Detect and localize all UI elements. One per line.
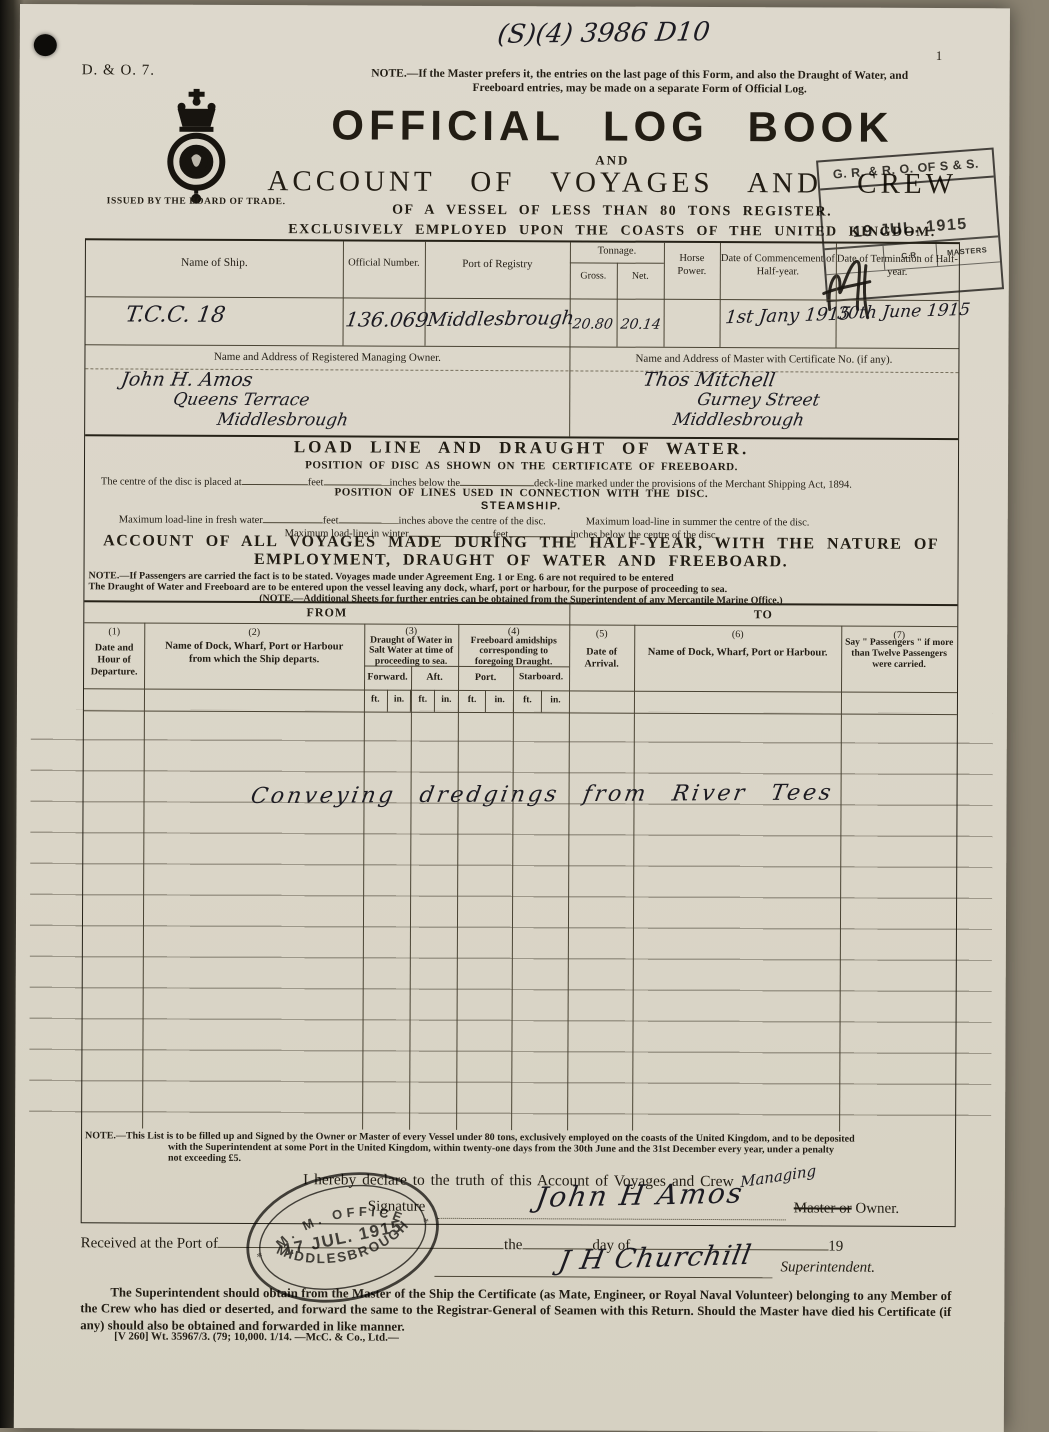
grid-line: [839, 626, 842, 1132]
to-band-label: TO: [569, 606, 957, 623]
col6-label: Name of Dock, Wharf, Port or Harbour.: [644, 647, 831, 660]
fill-blank: [339, 511, 399, 523]
load-line-section: LOAD LINE AND DRAUGHT OF WATER. POSITION…: [85, 436, 958, 536]
deposit-note-line2: with the Superintendent at some Port in …: [168, 1142, 834, 1156]
load-line-title: LOAD LINE AND DRAUGHT OF WATER.: [85, 436, 958, 460]
header-master: Name and Address of Master with Certific…: [569, 352, 958, 366]
header-port-of-registry: Port of Registry: [425, 258, 570, 271]
grid-line: [142, 623, 145, 1129]
superintendent-line: [434, 1276, 772, 1278]
board-of-trade-crest-icon: [151, 89, 242, 207]
deposit-note-line3: not exceeding £5.: [168, 1153, 241, 1164]
handwritten-reference: (S)(4) 3986 D10: [496, 17, 712, 50]
unit-in-label: in.: [541, 690, 569, 712]
fill-blank: [242, 473, 308, 485]
forward-label: Forward.: [364, 672, 411, 683]
account-title-line2: EMPLOYMENT, DRAUGHT OF WATER AND FREEBOA…: [85, 550, 958, 572]
received-prefix: Received at the Port of: [81, 1235, 219, 1252]
owner-address-line: Queens Terrace: [172, 390, 311, 411]
owner-word: Owner.: [855, 1201, 899, 1217]
value-termination: 30th June 1915: [836, 300, 971, 324]
col7-label: Say " Passengers " if more than Twelve P…: [844, 638, 954, 671]
unit-in-label: in.: [485, 690, 513, 712]
page-number: 1: [936, 48, 943, 64]
col5-number: (5): [569, 628, 634, 639]
office-stamp-star: *: [422, 1215, 431, 1230]
signature-line: [438, 1218, 786, 1221]
grid-line: [86, 344, 959, 349]
header-name-of-ship: Name of Ship.: [86, 256, 343, 269]
master-name-line: Thos Mitchell: [642, 369, 777, 392]
master-or-struck: Master or: [794, 1200, 852, 1216]
col3-label: Draught of Water in Salt Water at time o…: [366, 636, 456, 668]
note-line-1: NOTE.—If the Master prefers it, the entr…: [320, 67, 960, 84]
grid-line: [409, 666, 412, 1130]
grid-line: [632, 625, 635, 1131]
fresh-prefix: Maximum load-line in fresh water: [119, 514, 263, 526]
header-net: Net.: [617, 271, 664, 282]
grid-line: [567, 604, 570, 1130]
header-managing-owner: Name and Address of Registered Managing …: [85, 350, 569, 364]
scanned-page-scene: D. & O. 7. 1 (S)(4) 3986 D10 NOTE.—If th…: [0, 0, 1049, 1428]
unit-in-label: in.: [387, 690, 411, 712]
value-commencement: 1st Jany 1915: [724, 303, 852, 328]
header-gross: Gross.: [570, 270, 617, 281]
unit-in-label: in.: [434, 690, 458, 712]
received-row: Received at the Port oftheday of19: [81, 1232, 954, 1256]
fill-blank: [263, 511, 323, 523]
header-horse-power: Horse Power.: [664, 253, 720, 278]
voyage-table: FROM TO (1) (2) (3) (4) (5) (6) (7) Date…: [82, 600, 957, 1132]
superintendent-label: Superintendent.: [780, 1259, 875, 1276]
master-preference-note: NOTE.—If the Master prefers it, the entr…: [320, 67, 960, 97]
unit-ft-label: ft.: [458, 690, 486, 712]
received-year: 19: [828, 1239, 843, 1255]
fill-blank: [460, 474, 534, 486]
punch-hole: [34, 34, 57, 56]
document-page: D. & O. 7. 1 (S)(4) 3986 D10 NOTE.—If th…: [14, 4, 1010, 1428]
form-box: Name of Ship. Official Number. Port of R…: [81, 238, 960, 1227]
form-code: D. & O. 7.: [82, 62, 155, 79]
grid-line: [511, 666, 514, 1130]
starboard-label: Starboard.: [513, 672, 569, 682]
grid-line: [570, 262, 664, 263]
account-heading-section: ACCOUNT OF ALL VOYAGES MADE DURING THE H…: [84, 532, 957, 604]
header-official-number: Official Number.: [343, 257, 425, 268]
office-stamp-star: *: [255, 1249, 264, 1264]
value-gross-tonnage: 20.80: [571, 316, 613, 332]
header-termination: Date of Termination of Half-year.: [836, 254, 959, 280]
unit-ft-label: ft.: [410, 690, 434, 712]
grid-line: [86, 296, 959, 301]
header-commencement: Date of Commencement of Half-year.: [720, 253, 836, 279]
from-band-label: FROM: [84, 604, 569, 621]
superintendent-instructions: The Superintendent should obtain from th…: [80, 1284, 951, 1337]
owner-town-line: Middlesbrough: [216, 410, 350, 431]
value-port-of-registry: Middlesbrough: [426, 307, 575, 331]
col2-number: (2): [144, 627, 364, 639]
voyage-entry: Conveying dredgings from River Tees: [249, 781, 836, 810]
value-official-number: 136.069: [344, 307, 430, 331]
col1-label: Date and Hour of Departure.: [86, 642, 142, 678]
disc-heading: POSITION OF DISC AS SHOWN ON THE CERTIFI…: [85, 458, 958, 474]
col2-label: Name of Dock, Wharf, Port or Harbour fro…: [154, 641, 354, 667]
main-title: OFFICIAL LOG BOOK: [265, 101, 959, 152]
unit-ft-label: ft.: [513, 690, 541, 712]
unit-ft-label: ft.: [364, 690, 387, 712]
col5-label: Date of Arrival.: [569, 646, 634, 670]
col1-number: (1): [84, 626, 144, 637]
header-tonnage: Tonnage.: [570, 245, 664, 256]
received-the: the: [504, 1237, 522, 1253]
master-or-owner: Master or Owner.: [794, 1200, 899, 1217]
declaration-text: I hereby declare to the truth of this Ac…: [82, 1170, 955, 1192]
value-ship-name: T.C.C. 18: [124, 302, 227, 327]
owner-name-line: John H. Amos: [120, 368, 255, 391]
aft-label: Aft.: [411, 672, 458, 683]
master-address-line: Gurney Street: [696, 390, 821, 411]
note-line-2: Freeboard entries, may be made on a sepa…: [320, 81, 960, 98]
owner-signature: John H Amos: [534, 1176, 746, 1213]
fill-blank: [323, 473, 389, 485]
master-town-line: Middlesbrough: [672, 410, 806, 431]
col4-label: Freeboard amidships corresponding to for…: [462, 636, 565, 668]
port-label: Port.: [458, 672, 513, 683]
col6-number: (6): [634, 629, 841, 641]
superintendent-signature: J H Churchill: [556, 1240, 754, 1277]
value-net-tonnage: 20.14: [619, 317, 661, 333]
ftin-row: ft. in. ft. in. ft. in. ft. in.: [364, 690, 569, 713]
